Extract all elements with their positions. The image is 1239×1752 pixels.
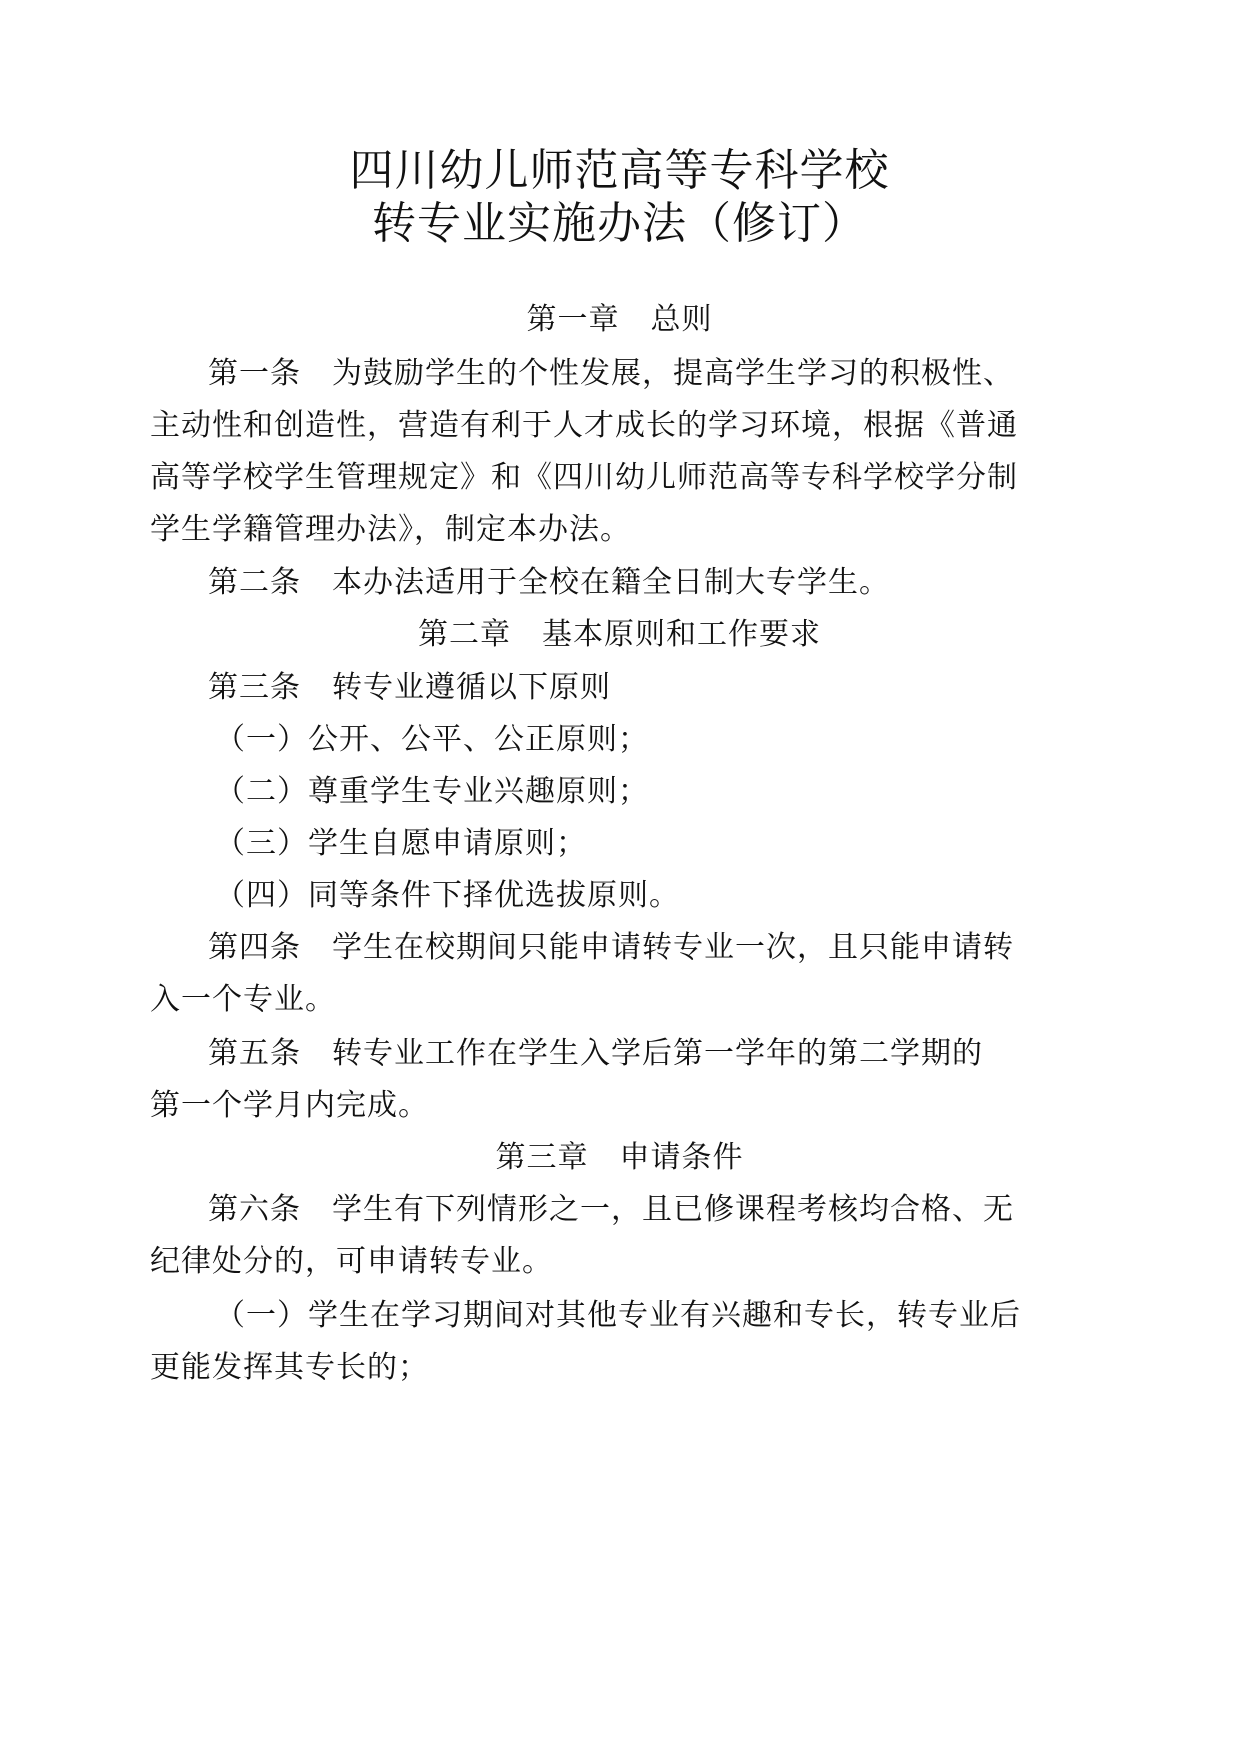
list-item: （四）同等条件下择优选拔原则。 xyxy=(215,878,680,914)
article-paragraph: 第一条 为鼓励学生的个性发展，提高学生学习的积极性、 xyxy=(208,356,1014,392)
paragraph-continuation: 入一个专业。 xyxy=(150,982,336,1018)
list-item: （一）公开、公平、公正原则； xyxy=(215,722,649,758)
list-item: （二）尊重学生专业兴趣原则； xyxy=(215,774,649,810)
paragraph-continuation: 更能发挥其专长的； xyxy=(150,1350,429,1386)
article-paragraph: 第二条 本办法适用于全校在籍全日制大专学生。 xyxy=(208,565,890,601)
chapter-heading: 第一章 总则 xyxy=(0,302,1239,338)
paragraph-continuation: 学生学籍管理办法》，制定本办法。 xyxy=(150,512,631,548)
article-paragraph: 第三条 转专业遵循以下原则 xyxy=(208,670,611,706)
paragraph-continuation: 纪律处分的，可申请转专业。 xyxy=(150,1244,553,1280)
document-title-line-2: 转专业实施办法（修订） xyxy=(0,198,1239,250)
list-item: （三）学生自愿申请原则； xyxy=(215,826,587,862)
chapter-heading: 第三章 申请条件 xyxy=(0,1140,1239,1176)
article-paragraph: 第六条 学生有下列情形之一，且已修课程考核均合格、无 xyxy=(208,1192,1014,1228)
paragraph-continuation: 高等学校学生管理规定》和《四川幼儿师范高等专科学校学分制 xyxy=(150,460,1018,496)
paragraph-continuation: 主动性和创造性，营造有利于人才成长的学习环境，根据《普通 xyxy=(150,408,1018,444)
article-paragraph: （一）学生在学习期间对其他专业有兴趣和专长，转专业后 xyxy=(215,1298,1021,1334)
chapter-heading: 第二章 基本原则和工作要求 xyxy=(0,617,1239,653)
document-title-line-1: 四川幼儿师范高等专科学校 xyxy=(0,145,1239,197)
paragraph-continuation: 第一个学月内完成。 xyxy=(150,1088,429,1124)
article-paragraph: 第五条 转专业工作在学生入学后第一学年的第二学期的 xyxy=(208,1036,983,1072)
article-paragraph: 第四条 学生在校期间只能申请转专业一次，且只能申请转 xyxy=(208,930,1014,966)
